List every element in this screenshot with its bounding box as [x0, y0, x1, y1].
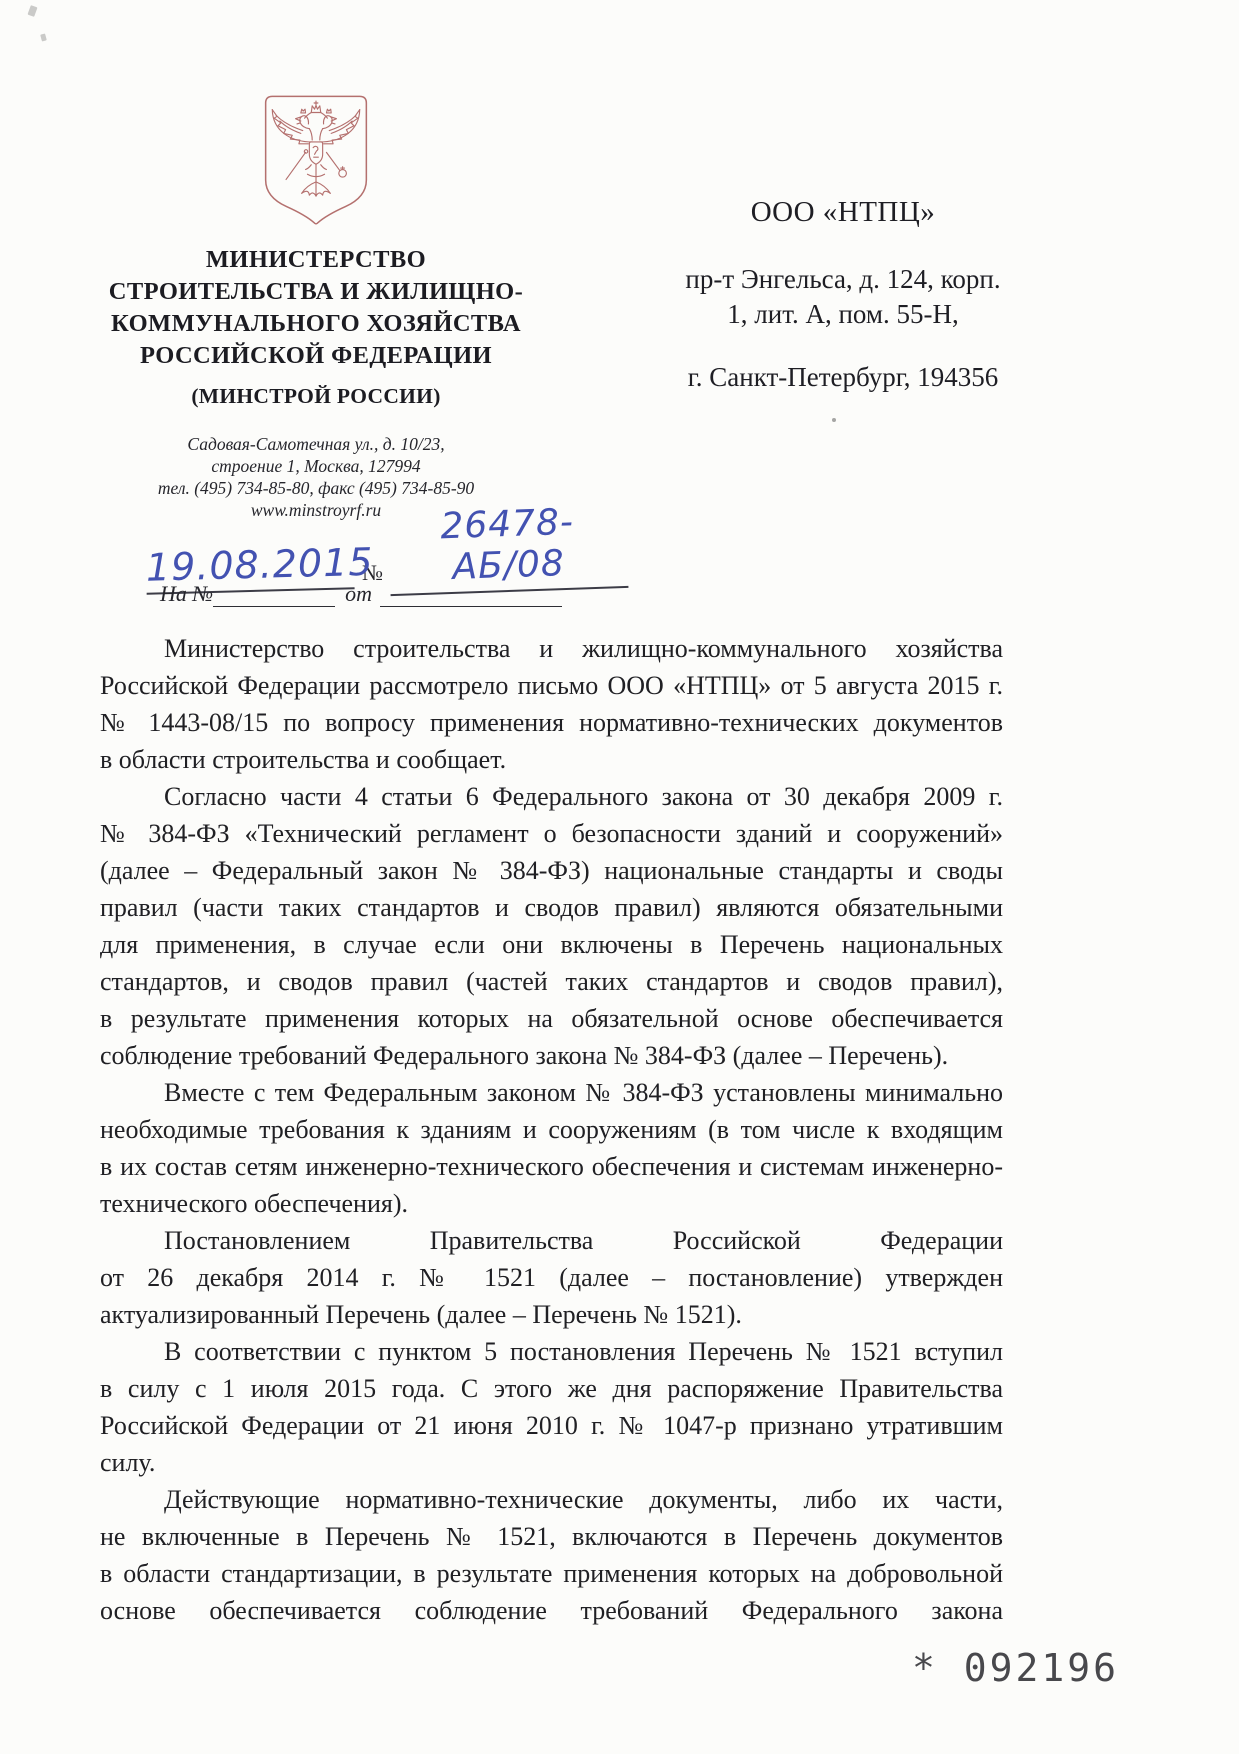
body-line: № 1443-08/15 по вопросу применения норма…	[100, 704, 1003, 741]
body-line: Министерство строительства и жилищно-ком…	[100, 630, 1003, 667]
body-line: основе обеспечивается соблюдение требова…	[100, 1592, 1003, 1629]
reference-line: На № от	[160, 580, 562, 607]
letter-body: Министерство строительства и жилищно-ком…	[100, 630, 1003, 1629]
body-line: в области строительства и сообщает.	[100, 741, 1003, 778]
ministry-name-line: СТРОИТЕЛЬСТВА И ЖИЛИЩНО-	[70, 276, 562, 308]
outgoing-number-line: 19.08.2015 № 26478-АБ/08	[146, 504, 627, 592]
russia-coat-of-arms-icon	[259, 92, 373, 228]
reference-number-blank	[213, 580, 335, 607]
ministry-address-line: строение 1, Москва, 127994	[70, 455, 562, 477]
recipient-city: г. Санкт-Петербург, 194356	[645, 362, 1041, 393]
body-line: в области стандартизации, в результате п…	[100, 1555, 1003, 1592]
body-line: актуализированный Перечень (далее – Пере…	[100, 1296, 1003, 1333]
ministry-name-line: КОММУНАЛЬНОГО ХОЗЯЙСТВА	[70, 308, 562, 340]
ot-label: от	[345, 581, 372, 607]
recipient-address-line: пр-т Энгельса, д. 124, корп.	[645, 262, 1041, 297]
recipient-block: ООО «НТПЦ» пр-т Энгельса, д. 124, корп. …	[645, 196, 1041, 393]
recipient-name: ООО «НТПЦ»	[645, 196, 1041, 229]
body-line: не включенные в Перечень № 1521, включаю…	[100, 1518, 1003, 1555]
body-line: Согласно части 4 статьи 6 Федерального з…	[100, 778, 1003, 815]
body-line: Постановлением Правительства Российской …	[100, 1222, 1003, 1259]
letterhead: МИНИСТЕРСТВО СТРОИТЕЛЬСТВА И ЖИЛИЩНО- КО…	[70, 92, 562, 521]
scan-speck	[40, 33, 47, 41]
scanned-letter-page: МИНИСТЕРСТВО СТРОИТЕЛЬСТВА И ЖИЛИЩНО- КО…	[0, 0, 1239, 1754]
reference-date-blank	[380, 580, 562, 607]
body-line: для применения, в случае если они включе…	[100, 926, 1003, 963]
body-line: в результате применения которых на обяза…	[100, 1000, 1003, 1037]
body-line: необходимые требования к зданиям и соору…	[100, 1111, 1003, 1148]
body-line: В соответствии с пунктом 5 постановления…	[100, 1333, 1003, 1370]
body-line: Вместе с тем Федеральным законом № 384-Ф…	[100, 1074, 1003, 1111]
body-line: Действующие нормативно-технические докум…	[100, 1481, 1003, 1518]
recipient-address: пр-т Энгельса, д. 124, корп. 1, лит. А, …	[645, 262, 1041, 332]
body-line: стандартов, и сводов правил (частей таки…	[100, 963, 1003, 1000]
body-line: Российской Федерации от 21 июня 2010 г. …	[100, 1407, 1003, 1444]
scan-speck	[28, 5, 38, 17]
body-line: Российской Федерации рассмотрело письмо …	[100, 667, 1003, 704]
ministry-name-line: РОССИЙСКОЙ ФЕДЕРАЦИИ	[70, 340, 562, 372]
ministry-address-line: Садовая-Самотечная ул., д. 10/23,	[70, 433, 562, 455]
ministry-name-line: МИНИСТЕРСТВО	[70, 244, 562, 276]
scan-dot	[832, 418, 836, 422]
body-line: соблюдение требований Федерального закон…	[100, 1037, 1003, 1074]
body-line: силу.	[100, 1444, 1003, 1481]
body-line: в силу с 1 июля 2015 года. С этого же дн…	[100, 1370, 1003, 1407]
registration-stamp: * 092196	[912, 1646, 1119, 1690]
body-line: в их состав сетям инженерно-технического…	[100, 1148, 1003, 1185]
recipient-address-line: 1, лит. А, пом. 55-Н,	[645, 297, 1041, 332]
body-line: правил (части таких стандартов и сводов …	[100, 889, 1003, 926]
na-no-label: На №	[160, 581, 213, 607]
body-line: технического обеспечения).	[100, 1185, 1003, 1222]
body-line: от 26 декабря 2014 г. № 1521 (далее – по…	[100, 1259, 1003, 1296]
body-line: (далее – Федеральный закон № 384-ФЗ) нац…	[100, 852, 1003, 889]
ministry-address-line: тел. (495) 734-85-80, факс (495) 734-85-…	[70, 477, 562, 499]
body-line: № 384-ФЗ «Технический регламент о безопа…	[100, 815, 1003, 852]
ministry-short-name: (МИНСТРОЙ РОССИИ)	[70, 384, 562, 409]
ministry-name: МИНИСТЕРСТВО СТРОИТЕЛЬСТВА И ЖИЛИЩНО- КО…	[70, 244, 562, 372]
